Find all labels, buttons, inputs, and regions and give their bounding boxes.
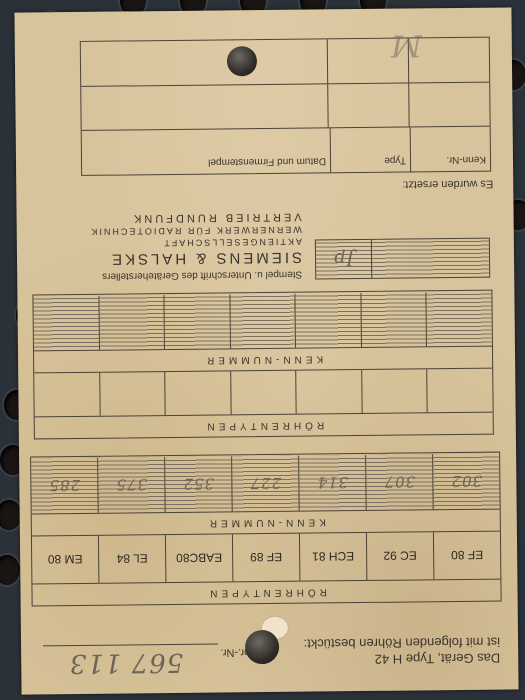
rivet: [245, 630, 279, 664]
tube-types-header: RÖHRENTYPEN: [203, 419, 324, 431]
tube-types-header: RÖHRENTYPEN: [206, 586, 327, 598]
kenn-nummer-cell: 302: [432, 454, 500, 510]
kenn-nummer-cell: 227: [231, 456, 299, 512]
col-header-kenn-nr: Kenn-Nr.: [410, 127, 490, 172]
tube-type-cell: [295, 370, 361, 414]
kenn-nummer-cell: [164, 294, 230, 349]
stamp-line3: WERNERWERK FÜR RADIOTECHNIK: [89, 225, 301, 237]
fabr-nr-underline: [43, 644, 218, 647]
stamp-company: SIEMENS & HALSKE: [109, 249, 302, 268]
stamp-label: Stempel u. Unterschrift des Geräteherste…: [102, 269, 302, 282]
tube-type-cell: EABC80: [165, 534, 232, 582]
device-subheading: ist mit folgenden Röhren bestückt:: [303, 635, 500, 652]
equipment-card: Das Gerät, Type H 42 ist mit folgenden R…: [14, 7, 518, 694]
signature-box: Jp: [315, 238, 490, 280]
replaced-label: Es wurden ersetzt:: [402, 178, 493, 191]
col-header-datum: Datum und Firmenstempel: [82, 128, 330, 175]
kenn-nummer-cell: [426, 292, 492, 347]
stamp-line4: VERTRIEB RUNDFUNK: [131, 211, 302, 225]
kenn-nummer-cell: [360, 292, 426, 347]
kenn-nummer-cell: [33, 296, 98, 351]
kenn-nummer-cell: 375: [97, 457, 165, 513]
tube-type-cell: [427, 369, 493, 413]
fabr-nr-handwritten: 567 113: [69, 647, 184, 678]
tube-type-cell: [99, 372, 165, 416]
signature-initials: Jp: [316, 240, 371, 279]
tube-type-cell: EC 92: [366, 532, 433, 580]
perforation-hole: [0, 555, 20, 585]
tube-type-cell: [361, 369, 427, 413]
kenn-nummer-cell: 314: [298, 455, 366, 511]
kenn-nummer-cell: [98, 295, 164, 350]
tube-type-cell: [164, 371, 230, 415]
tube-type-cell: EM 80: [32, 536, 98, 584]
corner-pencil-mark: M: [390, 27, 422, 62]
tube-table-1: RÖHRENTYPEN EF 80 EC 92 ECH 81 EF 89 EAB…: [30, 452, 502, 607]
kenn-nummer-cell: [229, 294, 295, 349]
replacement-row: [81, 38, 489, 86]
kenn-nummer-cell: [295, 293, 361, 348]
kenn-nummer-header: KENN-NUMMER: [203, 353, 323, 365]
tube-table-2: RÖHRENTYPEN KENN-NUMMER: [32, 290, 493, 440]
card-content-upside-down: Das Gerät, Type H 42 ist mit folgenden R…: [14, 7, 518, 694]
replacement-table: Kenn-Nr. Type Datum und Firmenstempel: [80, 37, 491, 176]
replacement-row: [81, 82, 489, 130]
tube-type-cell: ECH 81: [299, 533, 366, 581]
tube-type-cell: [230, 371, 296, 415]
col-header-type: Type: [330, 127, 410, 172]
rivet: [227, 46, 257, 76]
tube-type-cell: [34, 373, 99, 417]
kenn-nummer-cell: 352: [164, 456, 232, 512]
tube-type-cell: EF 89: [232, 534, 299, 582]
tube-type-cell: EF 80: [433, 532, 500, 580]
device-heading: Das Gerät, Type H 42: [375, 651, 501, 667]
tube-type-cell: EL 84: [98, 535, 165, 583]
kenn-nummer-cell: 285: [31, 458, 98, 514]
kenn-nummer-header: KENN-NUMMER: [206, 516, 326, 528]
kenn-nummer-cell: 307: [365, 454, 433, 510]
stamp-line2: AKTIENGESELLSCHAFT: [162, 237, 302, 248]
